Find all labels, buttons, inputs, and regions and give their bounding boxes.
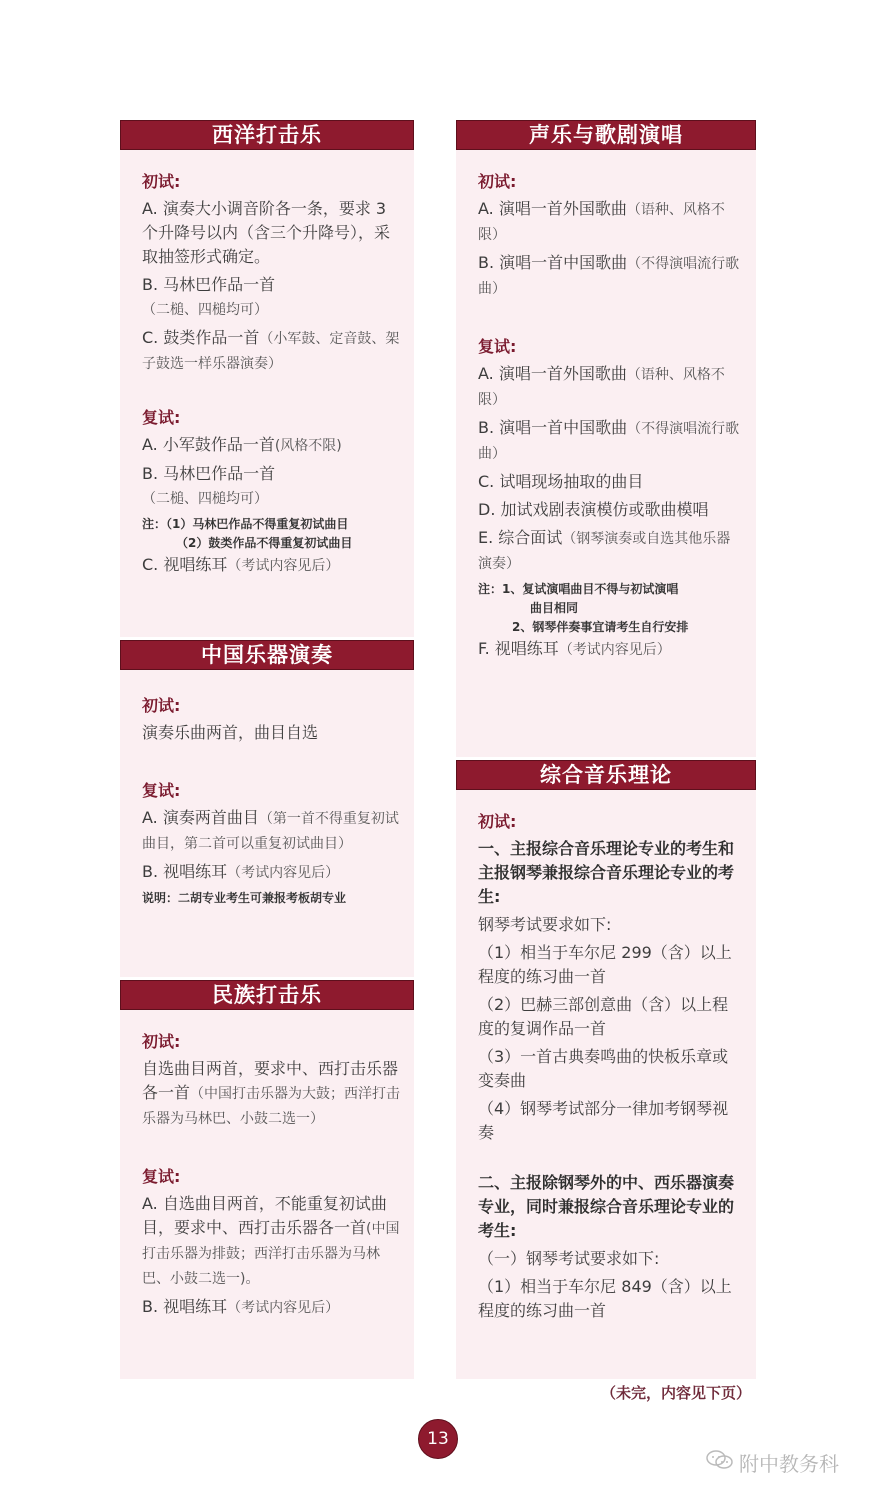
note: 注：1、复试演唱曲目不得与初试演唱 [478, 580, 742, 599]
section-title-vocal-opera: 声乐与歌剧演唱 [456, 120, 756, 150]
right-column: 声乐与歌剧演唱 初试: A. 演唱一首外国歌曲（语种、风格不限） B. 演唱一首… [456, 120, 756, 1379]
list-item: 自选曲目两首，要求中、西打击乐器各一首（中国打击乐器为大鼓；西洋打击乐器为马林巴… [142, 1057, 400, 1131]
note: 说明：二胡专业考生可兼报考板胡专业 [142, 889, 400, 908]
list-item: C. 视唱练耳（考试内容见后） [142, 553, 400, 578]
list-item: （3）一首古典奏鸣曲的快板乐章或变奏曲 [478, 1045, 742, 1093]
section-title-music-theory: 综合音乐理论 [456, 760, 756, 790]
final-label: 复试: [478, 335, 742, 359]
prelim-label: 初试: [142, 694, 400, 718]
prelim-label: 初试: [478, 810, 742, 834]
note: 2、钢琴伴奏事宜请考生自行安排 [478, 618, 742, 637]
note: 曲目相同 [478, 599, 742, 618]
part1-heading: 一、主报综合音乐理论专业的考生和主报钢琴兼报综合音乐理论专业的考生: [478, 837, 742, 909]
wechat-icon [705, 1449, 735, 1476]
page-number: 13 [418, 1419, 458, 1459]
list-item: B. 视唱练耳（考试内容见后） [142, 1295, 400, 1320]
music-theory-content: 初试: 一、主报综合音乐理论专业的考生和主报钢琴兼报综合音乐理论专业的考生: 钢… [478, 810, 742, 1327]
list-item: B. 演唱一首中国歌曲（不得演唱流行歌曲） [478, 251, 742, 301]
list-item: A. 小军鼓作品一首(风格不限) [142, 433, 400, 458]
part1-intro: 钢琴考试要求如下: [478, 913, 742, 937]
list-item: A. 演奏两首曲目（第一首不得重复初试曲目，第二首可以重复初试曲目） [142, 806, 400, 856]
list-item: F. 视唱练耳（考试内容见后） [478, 637, 742, 662]
list-item: A. 演唱一首外国歌曲（语种、风格不限） [478, 197, 742, 247]
list-item: B. 演唱一首中国歌曲（不得演唱流行歌曲） [478, 416, 742, 466]
list-item: 演奏乐曲两首，曲目自选 [142, 721, 400, 745]
list-item: C. 鼓类作品一首（小军鼓、定音鼓、架子鼓选一样乐器演奏） [142, 326, 400, 376]
final-label: 复试: [142, 779, 400, 803]
list-item: D. 加试戏剧表演模仿或歌曲模唱 [478, 498, 742, 522]
list-item: A. 自选曲目两首，不能重复初试曲目，要求中、西打击乐器各一首(中国打击乐器为排… [142, 1192, 400, 1291]
section-title-western-percussion: 西洋打击乐 [120, 120, 414, 150]
section-title-ethnic-percussion: 民族打击乐 [120, 980, 414, 1010]
watermark: 附中教务科 [705, 1448, 839, 1477]
part2-heading: 二、主报除钢琴外的中、西乐器演奏专业，同时兼报综合音乐理论专业的考生: [478, 1171, 742, 1243]
list-item: E. 综合面试（钢琴演奏或自选其他乐器演奏） [478, 526, 742, 576]
list-item: B. 马林巴作品一首（二槌、四槌均可） [142, 273, 400, 322]
section-title-chinese-instruments: 中国乐器演奏 [120, 640, 414, 670]
list-item: （4）钢琴考试部分一律加考钢琴视奏 [478, 1097, 742, 1145]
list-item: B. 视唱练耳（考试内容见后） [142, 860, 400, 885]
final-label: 复试: [142, 406, 400, 430]
prelim-label: 初试: [142, 1030, 400, 1054]
list-item: B. 马林巴作品一首（二槌、四槌均可） [142, 462, 400, 511]
list-item: （1）相当于车尔尼 849（含）以上程度的练习曲一首 [478, 1275, 742, 1323]
left-column: 西洋打击乐 初试: A. 演奏大小调音阶各一条，要求 3 个升降号以内（含三个升… [120, 120, 414, 1379]
list-item: （1）相当于车尔尼 299（含）以上程度的练习曲一首 [478, 941, 742, 989]
list-item: A. 演奏大小调音阶各一条，要求 3 个升降号以内（含三个升降号），采取抽签形式… [142, 197, 400, 269]
ethnic-percussion-content: 初试: 自选曲目两首，要求中、西打击乐器各一首（中国打击乐器为大鼓；西洋打击乐器… [142, 1030, 400, 1324]
list-item: A. 演唱一首外国歌曲（语种、风格不限） [478, 362, 742, 412]
watermark-text: 附中教务科 [739, 1448, 839, 1477]
vocal-opera-content: 初试: A. 演唱一首外国歌曲（语种、风格不限） B. 演唱一首中国歌曲（不得演… [478, 170, 742, 666]
prelim-label: 初试: [478, 170, 742, 194]
note: 注：（1）马林巴作品不得重复初试曲目 [142, 515, 400, 534]
note: （2）鼓类作品不得重复初试曲目 [142, 534, 400, 553]
prelim-label: 初试: [142, 170, 400, 194]
chinese-instruments-content: 初试: 演奏乐曲两首，曲目自选 复试: A. 演奏两首曲目（第一首不得重复初试曲… [142, 694, 400, 908]
list-item: （2）巴赫三部创意曲（含）以上程度的复调作品一首 [478, 993, 742, 1041]
part2-intro: （一）钢琴考试要求如下: [478, 1247, 742, 1271]
western-percussion-content: 初试: A. 演奏大小调音阶各一条，要求 3 个升降号以内（含三个升降号），采取… [142, 170, 400, 582]
continued-note: （未完，内容见下页） [601, 1382, 751, 1403]
list-item: C. 试唱现场抽取的曲目 [478, 470, 742, 494]
final-label: 复试: [142, 1165, 400, 1189]
